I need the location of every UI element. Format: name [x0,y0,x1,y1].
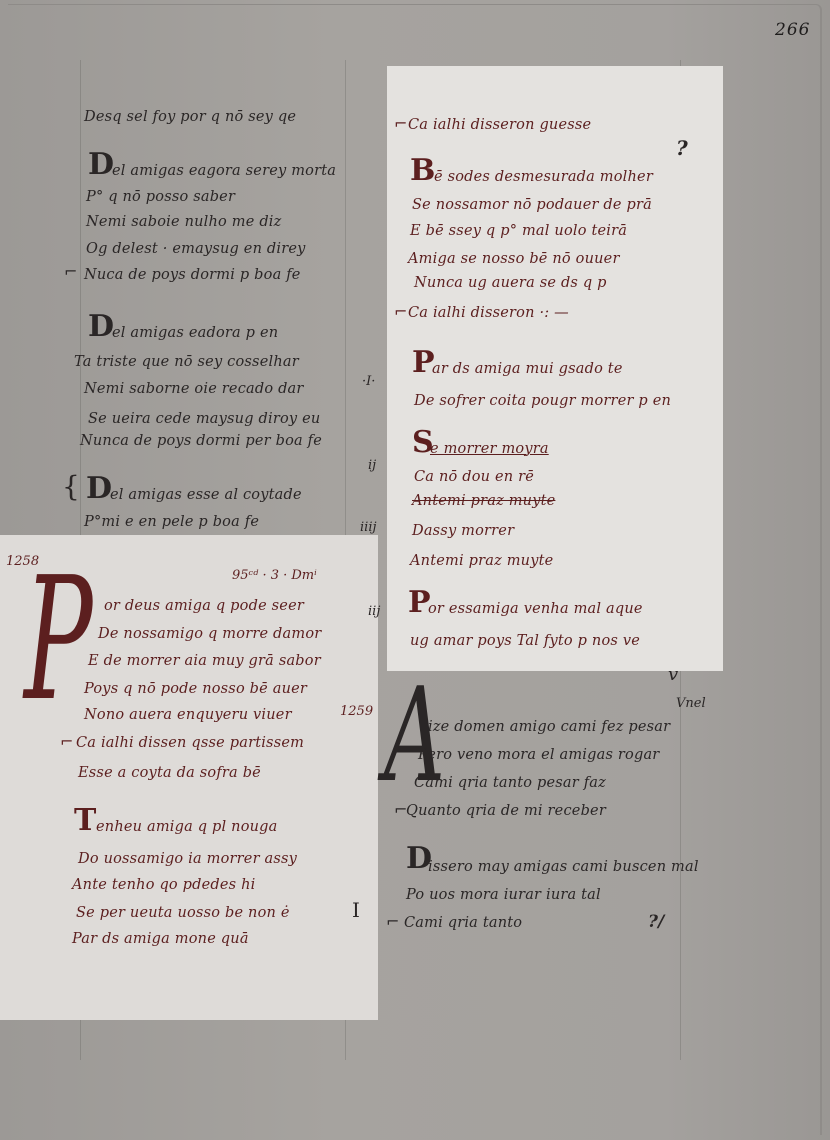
text-line: Amiga se nosso bē nō ouuer [408,250,620,268]
text-line: ize domen amigo cami fez pesar [428,718,670,736]
text-line: Desq sel foy por q nō sey qe [84,108,296,126]
text-line: Ante tenho qo pdedes hi [72,876,256,894]
initial-letter: T [74,806,96,836]
margin-mark: ? [676,136,688,160]
text-line: Ca nō dou en rē [414,468,534,486]
text-line: Cami qria tanto [404,914,522,932]
text-line: el amigas eagora serey morta [112,162,336,180]
bracket-mark: I [352,898,360,922]
paragraph-mark: ⌐ [394,302,407,321]
header-note: 95ᶜᵈ · 3 · Dmⁱ [232,568,317,583]
poem-number: 1259 [340,704,373,719]
decorated-initial: P [24,540,93,740]
text-line: Quanto qria de mi receber [406,802,606,820]
text-line: Nemi saboie nulho me diz [86,213,281,231]
margin-mark: ·I· [362,374,375,389]
margin-mark: iij [368,604,380,619]
text-line: or deus amiga q pode seer [104,597,304,615]
text-line: el amigas esse al coytade [110,486,302,504]
text-line: Se nossamor nō podauer de prā [412,196,652,214]
bracket-mark: { [62,470,80,503]
margin-mark: v [668,664,678,685]
text-line: E de morrer aia muy grā sabor [88,652,321,670]
text-line: Nemi saborne oie recado dar [84,380,304,398]
text-line: Nono auera enquyeru viuer [84,706,292,724]
text-line: Do uossamigo ia morrer assy [78,850,297,868]
text-line: Pero veno mora el amigas rogar [418,746,659,764]
text-line: P° q nō posso saber [86,188,235,206]
text-line: De nossamigo q morre damor [98,625,321,643]
refrain-line: Ca ialhi disseron guesse [408,116,591,134]
folio-number: 266 [775,20,810,40]
text-line: Se ueira cede maysug diroy eu [88,410,320,428]
text-line: Nuca de poys dormi p boa fe [84,266,301,284]
text-line: Se per ueuta uosso be non ė [76,904,290,922]
text-line: or essamiga venha mal aque [428,600,643,618]
text-line: Ca ialhi dissen qsse partissem [76,734,304,752]
text-line: Par ds amiga mone quā [72,930,249,948]
initial-letter: D [88,312,114,342]
text-line: ar ds amiga mui gsado te [432,360,623,378]
text-line: Poys q nō pode nosso bē auer [84,680,307,698]
text-line: P°mi e en pele p boa fe [84,513,259,531]
paragraph-mark: ⌐ [394,114,407,133]
text-line: Cami qria tanto pesar faz [414,774,606,792]
text-line: el amigas eadora p en [112,324,278,342]
margin-note: Vnel [676,696,706,711]
text-line: Dassy morrer [412,522,514,540]
text-line: Antemi praz muyte [412,492,555,510]
text-line: issero may amigas cami buscen mal [428,858,699,876]
paragraph-mark: ⌐ [386,912,399,931]
text-line: Og delest · emaysug en direy [86,240,306,258]
initial-letter: D [88,150,114,180]
text-line: ug amar poys Tal fyto p nos ve [410,632,640,650]
text-line: Nunca de poys dormi per boa fe [80,432,322,450]
text-line: Nunca ug auera se ds q p [414,274,607,292]
text-line: Antemi praz muyte [410,552,553,570]
text-line: enheu amiga q pl nouga [96,818,278,836]
text-line: Po uos mora iurar iura tal [406,886,601,904]
text-line: Esse a coyta da sofra bē [78,764,261,782]
text-line: E bē ssey q p° mal uolo teirā [410,222,627,240]
text-line: ē sodes desmesurada molher [434,168,653,186]
initial-letter: D [86,474,112,504]
refrain-line: Ca ialhi disseron ·: — [408,304,569,322]
text-line: e morrer moyra [430,440,549,458]
margin-mark: ?/ [648,912,664,932]
manuscript-page: 266 Desq sel foy por q nō sey qe D el am… [0,0,830,1140]
margin-mark: iiij [360,520,377,535]
margin-mark: ij [368,458,376,473]
paragraph-mark: ⌐ [60,732,73,751]
paragraph-mark: ⌐ [64,262,77,281]
text-line: Ta triste que nō sey cosselhar [74,353,299,371]
text-line: De sofrer coita pougr morrer p en [414,392,671,410]
initial-letter: B [410,156,435,186]
